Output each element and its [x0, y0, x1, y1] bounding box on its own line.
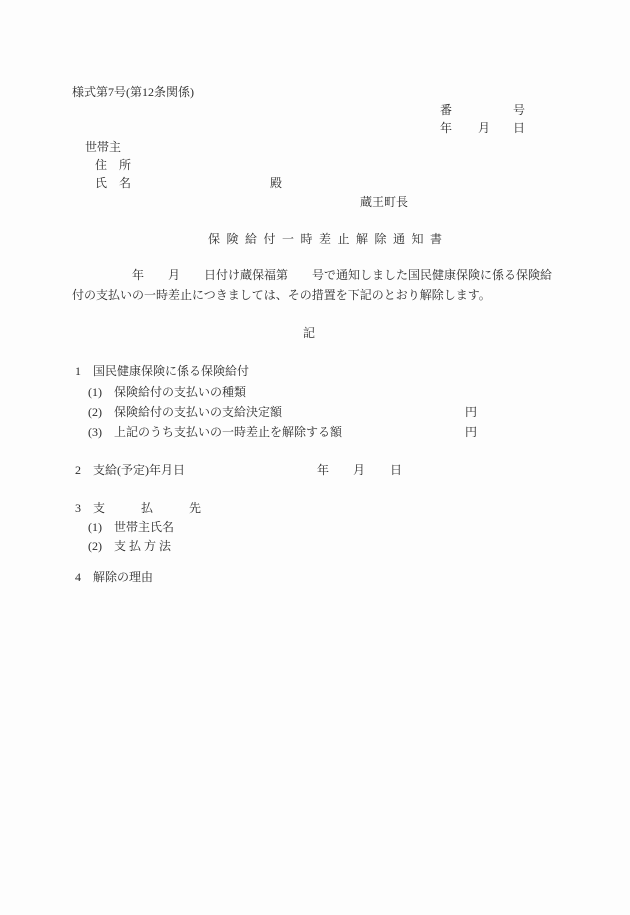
section2-year-label: 年: [317, 463, 329, 478]
section4-heading: 4 解除の理由: [75, 570, 153, 585]
doc-number-suffix: 号: [513, 103, 525, 118]
section3-heading: 3 支 払 先: [75, 501, 201, 516]
section3-item1: (1) 世帯主氏名: [88, 520, 174, 535]
issuer-mayor: 蔵王町長: [360, 195, 408, 210]
section2-heading: 2 支給(予定)年月日: [75, 463, 185, 478]
address-label: 住 所: [95, 158, 131, 173]
section3-item2: (2) 支 払 方 法: [88, 539, 171, 554]
body-paragraph-line2: 付の支払いの一時差止につきましては、その措置を下記のとおり解除します。: [72, 288, 491, 303]
section1-item3: (3) 上記のうち支払いの一時差止を解除する額: [88, 425, 342, 440]
body-paragraph-line1: 年 月 日付け蔵保福第 号で通知しました国民健康保険に係る保険給: [72, 268, 552, 283]
date-day-label: 日: [513, 121, 525, 136]
name-label: 氏 名: [95, 176, 131, 191]
form-number: 様式第7号(第12条関係): [72, 85, 194, 100]
honorific-dono: 殿: [270, 176, 282, 191]
section1-item1: (1) 保険給付の支払いの種類: [88, 385, 246, 400]
section2-day-label: 日: [390, 463, 402, 478]
ki-marker: 記: [303, 326, 315, 341]
section1-item2-yen-unit: 円: [465, 405, 477, 420]
date-month-label: 月: [478, 121, 490, 136]
document-page: 様式第7号(第12条関係) 番 号 年 月 日 世帯主 住 所 氏 名 殿 蔵王…: [0, 0, 630, 915]
householder-label: 世帯主: [85, 140, 121, 155]
section2-month-label: 月: [353, 463, 365, 478]
date-year-label: 年: [440, 121, 452, 136]
section1-heading: 1 国民健康保険に係る保険給付: [75, 364, 249, 379]
doc-number-label: 番: [440, 103, 452, 118]
section1-item3-yen-unit: 円: [465, 425, 477, 440]
document-title: 保険給付一時差止解除通知書: [208, 232, 449, 247]
section1-item2: (2) 保険給付の支払いの支給決定額: [88, 405, 282, 420]
